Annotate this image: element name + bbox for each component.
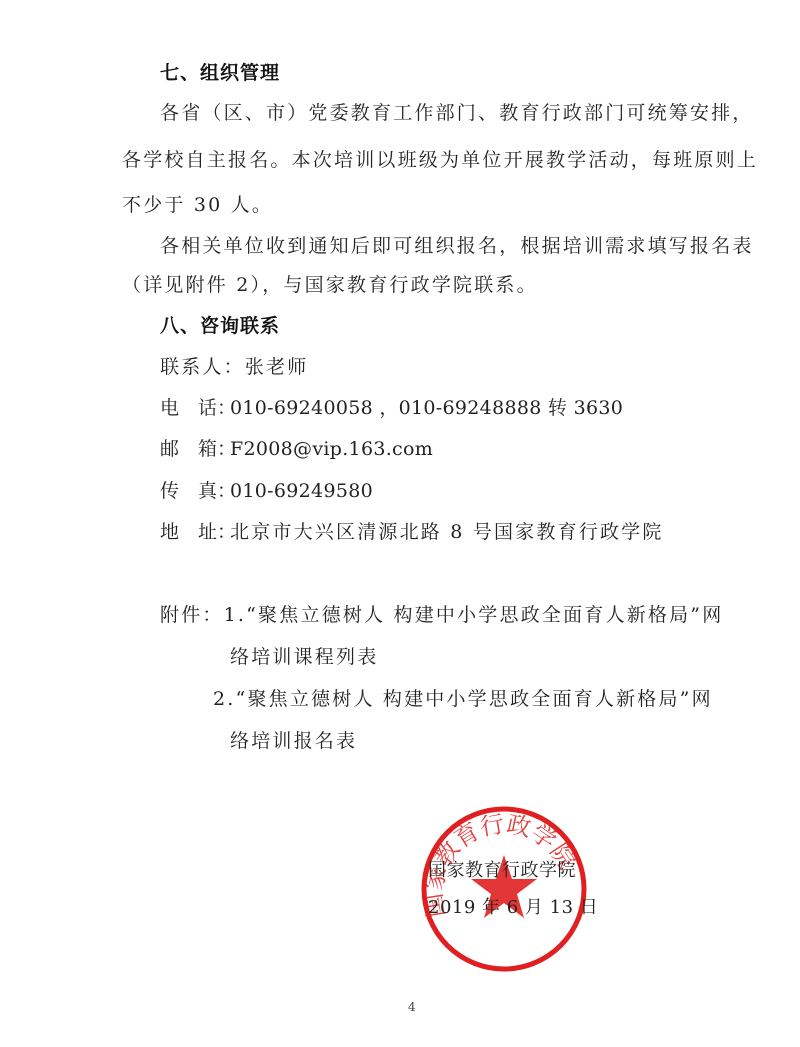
contact-email: 邮箱：F2008@vip.163.com (160, 434, 433, 461)
attachment-number: 1. (224, 604, 247, 626)
contact-fax: 传真：010-69249580 (160, 476, 373, 503)
section-7-heading: 七、组织管理 (160, 58, 280, 85)
signature-date: 2019 年 6 月 13 日 (428, 893, 598, 919)
contact-person: 联系人：张老师 (160, 352, 308, 379)
paragraph-text: 各相关单位收到通知后即可组织报名，根据培训需求填写报名表 (160, 231, 754, 258)
contact-phone: 电话：010-69240058 ，010-69248888 转 3630 (160, 393, 623, 420)
contact-label: 联系人： (160, 356, 245, 378)
contact-value: 张老师 (245, 356, 309, 378)
attachment-title-cont: 络培训课程列表 (230, 642, 378, 669)
contact-value: F2008@vip.163.com (230, 438, 433, 460)
contact-label: 地 (160, 517, 198, 544)
contact-value: 010-69249580 (230, 480, 373, 502)
signature-org: 国家教育行政学院 (428, 856, 576, 882)
contact-label: 电 (160, 393, 198, 420)
page-number: 4 (408, 1000, 416, 1014)
paragraph-text: （详见附件 2），与国家教育行政学院联系。 (122, 270, 538, 297)
attachment-title: “聚焦立德树人 构建中小学思政全面育人新格局”网 (236, 688, 713, 710)
paragraph-text: 不少于 30 人。 (122, 190, 273, 217)
attachment-title: “聚焦立德树人 构建中小学思政全面育人新格局”网 (246, 604, 723, 626)
contact-label: 传 (160, 476, 198, 503)
contact-label: 邮 (160, 434, 198, 461)
attachment-2: 2.“聚焦立德树人 构建中小学思政全面育人新格局”网 (213, 684, 713, 711)
attachment-1: 附件：1.“聚焦立德树人 构建中小学思政全面育人新格局”网 (160, 600, 723, 627)
attachment-title-cont: 络培训报名表 (230, 726, 357, 753)
section-8-heading: 八、咨询联系 (160, 311, 280, 338)
paragraph-text: 各省（区、市）党委教育工作部门、教育行政部门可统筹安排， (160, 98, 754, 125)
paragraph-text: 各学校自主报名。本次培训以班级为单位开展教学活动，每班原则上 (122, 145, 758, 172)
attachment-number: 2. (213, 688, 236, 710)
contact-value: 010-69240058 ，010-69248888 转 3630 (230, 397, 623, 419)
contact-value: 北京市大兴区清源北路 8 号国家教育行政学院 (230, 521, 664, 543)
attachments-label: 附件： (160, 604, 224, 626)
contact-address: 地址：北京市大兴区清源北路 8 号国家教育行政学院 (160, 517, 664, 544)
official-seal-icon: 国家教育行政学院 (420, 805, 588, 973)
